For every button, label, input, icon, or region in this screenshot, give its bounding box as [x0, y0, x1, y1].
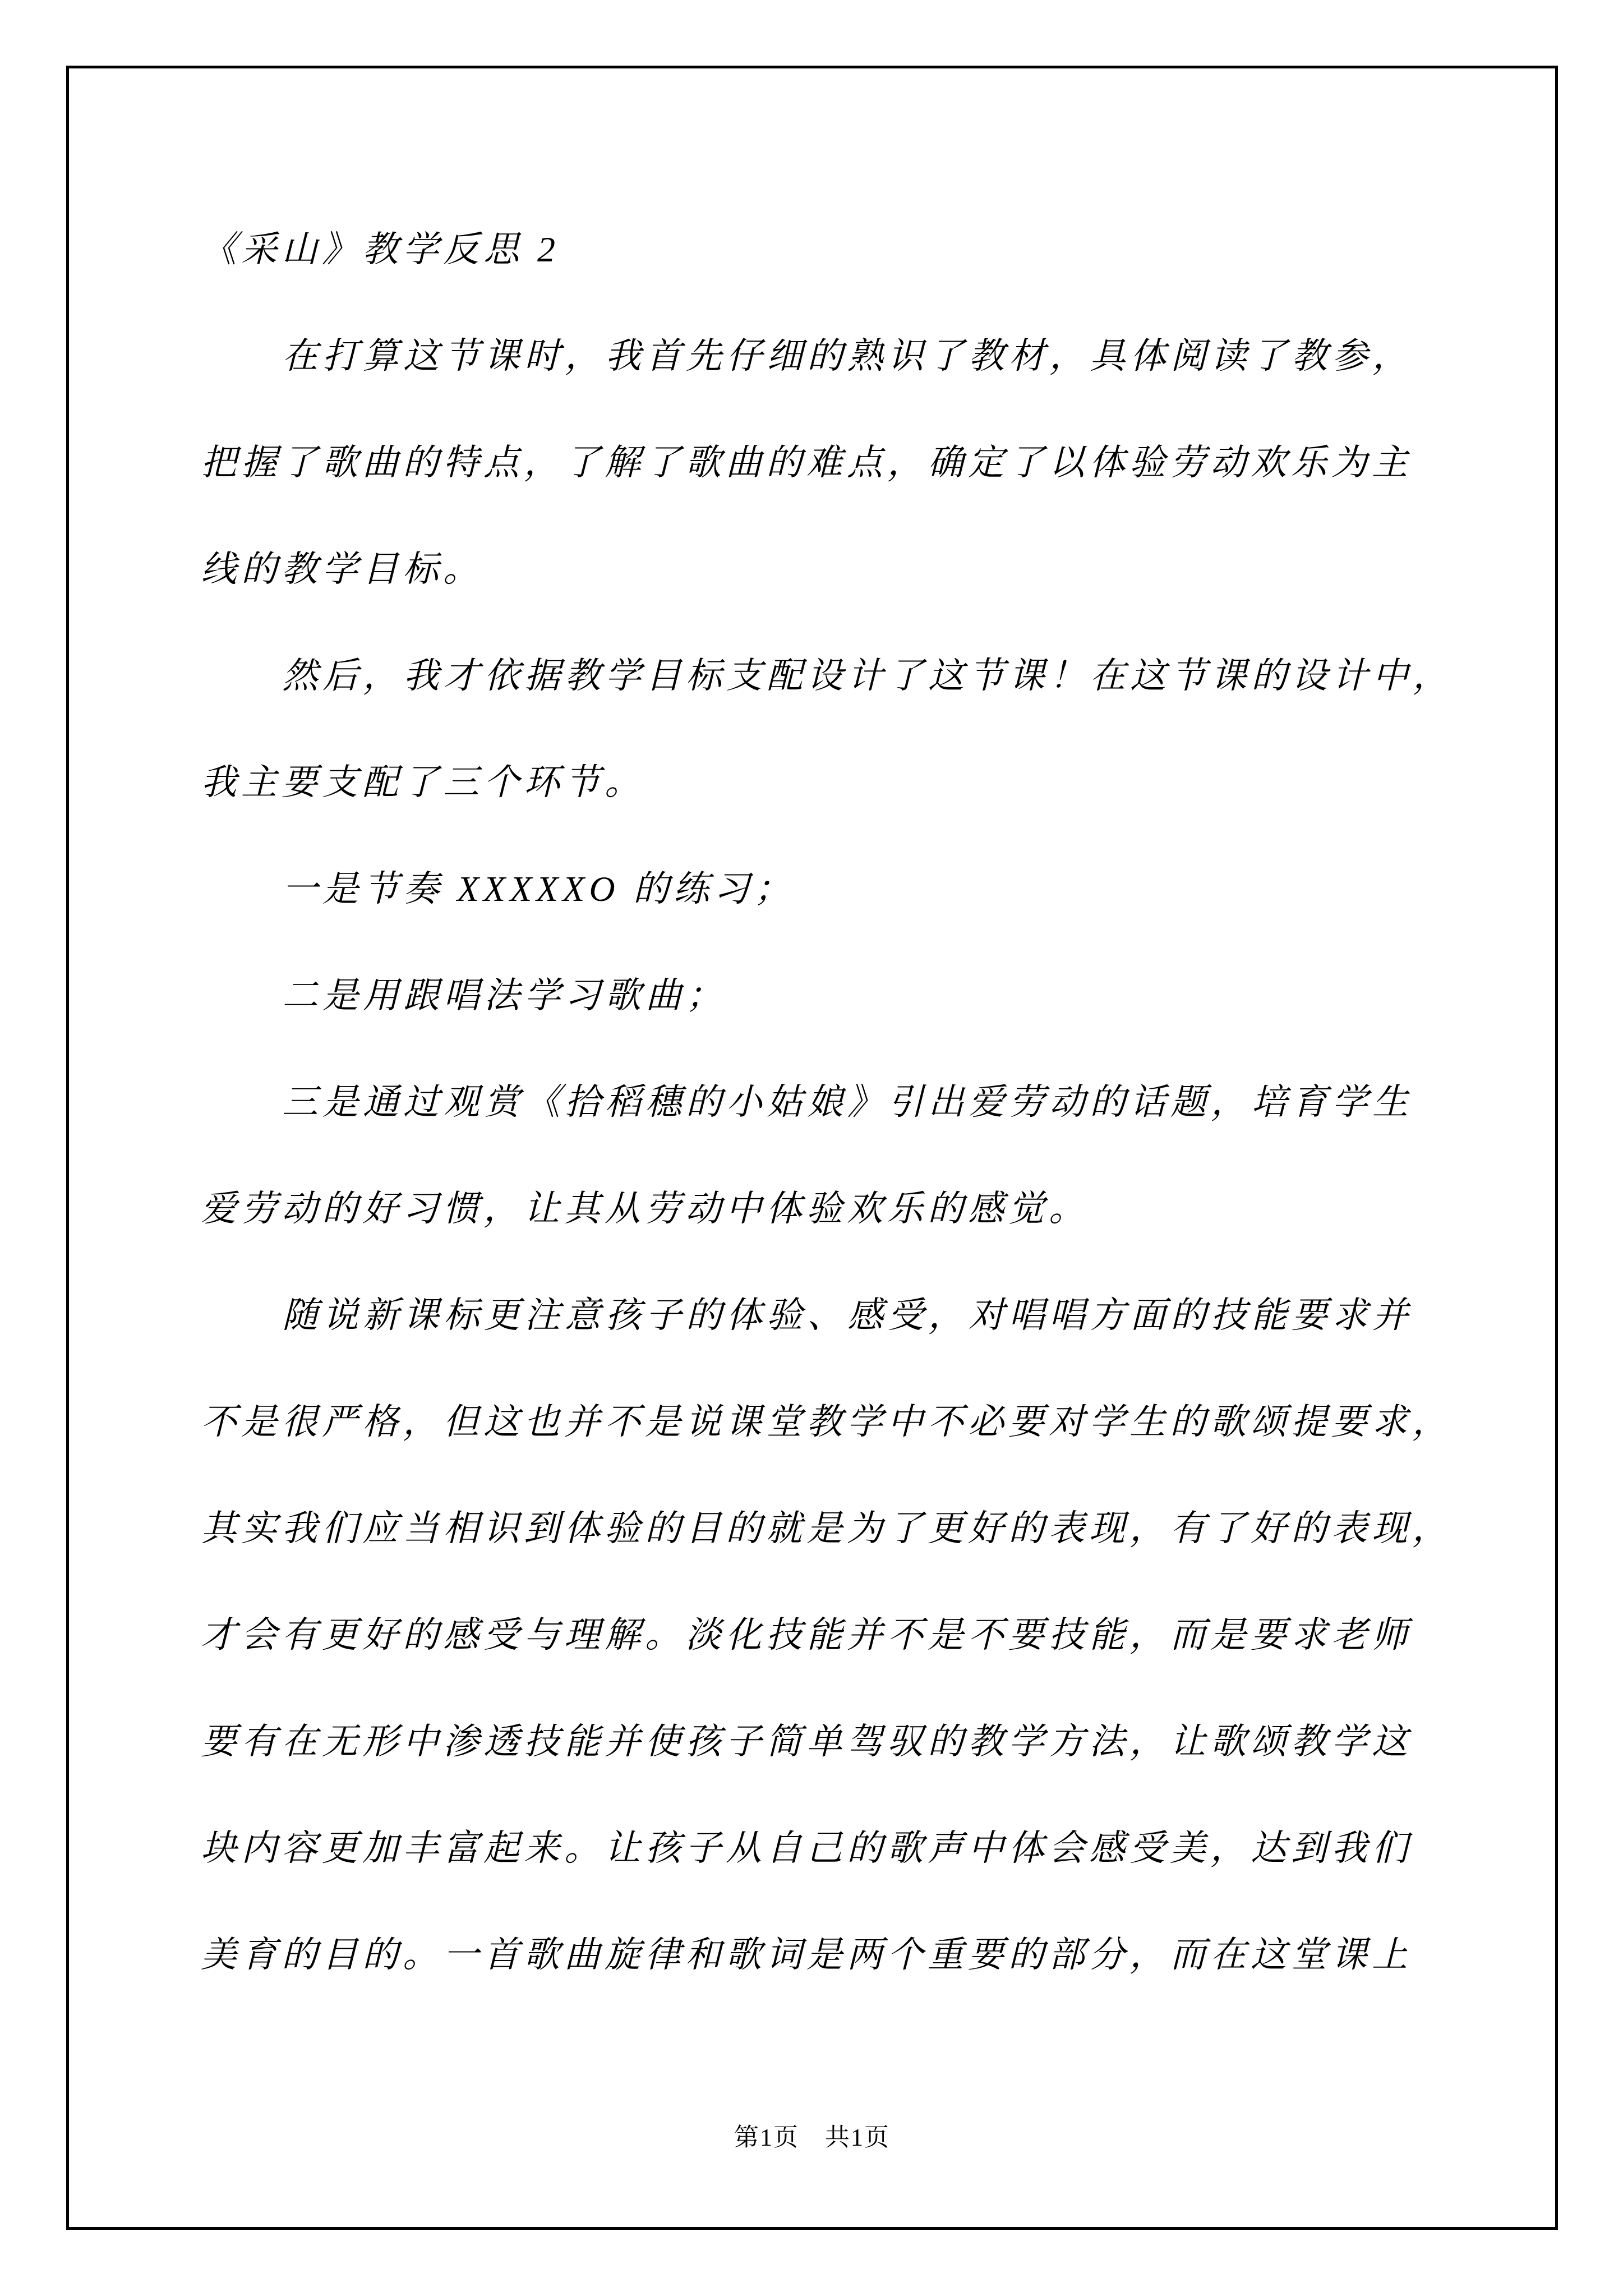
paragraph-line: 不是很严格，但这也并不是说课堂教学中不必要对学生的歌颂提要求， [201, 1369, 1507, 1475]
paragraph-line: 爱劳动的好习惯，让其从劳动中体验欢乐的感觉。 [201, 1156, 1507, 1262]
paragraph: 随说新课标更注意孩子的体验、感受，对唱唱方面的技能要求并不是很严格，但这也并不是… [201, 1262, 1507, 2008]
paragraph-line: 美育的目的。一首歌曲旋律和歌词是两个重要的部分，而在这堂课上 [201, 1902, 1507, 2008]
paragraph-line: 随说新课标更注意孩子的体验、感受，对唱唱方面的技能要求并 [201, 1262, 1507, 1369]
paragraph-line: 要有在无形中渗透技能并使孩子简单驾驭的教学方法，让歌颂教学这 [201, 1688, 1507, 1795]
paragraph-line: 三是通过观赏《拾稻穗的小姑娘》引出爱劳动的话题，培育学生 [201, 1049, 1507, 1156]
paragraph: 一是节奏 XXXXXO 的练习； [201, 836, 1507, 942]
page-number-footer: 第1页 共1页 [69, 2123, 1555, 2152]
paragraph: 三是通过观赏《拾稻穗的小姑娘》引出爱劳动的话题，培育学生爱劳动的好习惯，让其从劳… [201, 1049, 1507, 1262]
paragraph-line: 我主要支配了三个环节。 [201, 729, 1507, 836]
paragraph: 在打算这节课时，我首先仔细的熟识了教材，具体阅读了教参，把握了歌曲的特点，了解了… [201, 303, 1507, 623]
paragraph-line: 才会有更好的感受与理解。淡化技能并不是不要技能，而是要求老师 [201, 1582, 1507, 1688]
document-title: 《采山》教学反思 2 [201, 196, 1507, 303]
paragraphs-container: 在打算这节课时，我首先仔细的熟识了教材，具体阅读了教参，把握了歌曲的特点，了解了… [201, 303, 1507, 2008]
paragraph-line: 块内容更加丰富起来。让孩子从自己的歌声中体会感受美，达到我们 [201, 1795, 1507, 1902]
paragraph-line: 一是节奏 XXXXXO 的练习； [201, 836, 1507, 942]
page-border-frame: 《采山》教学反思 2 在打算这节课时，我首先仔细的熟识了教材，具体阅读了教参，把… [66, 66, 1558, 2230]
paragraph: 二是用跟唱法学习歌曲； [201, 942, 1507, 1049]
paragraph-line: 在打算这节课时，我首先仔细的熟识了教材，具体阅读了教参， [201, 303, 1507, 409]
paragraph-line: 二是用跟唱法学习歌曲； [201, 942, 1507, 1049]
paragraph-line: 然后，我才依据教学目标支配设计了这节课！在这节课的设计中， [201, 623, 1507, 729]
paragraph-line: 把握了歌曲的特点，了解了歌曲的难点，确定了以体验劳动欢乐为主 [201, 409, 1507, 516]
document-content: 《采山》教学反思 2 在打算这节课时，我首先仔细的熟识了教材，具体阅读了教参，把… [201, 196, 1507, 2008]
paragraph: 然后，我才依据教学目标支配设计了这节课！在这节课的设计中，我主要支配了三个环节。 [201, 623, 1507, 836]
paragraph-line: 线的教学目标。 [201, 516, 1507, 623]
paragraph-line: 其实我们应当相识到体验的目的就是为了更好的表现，有了好的表现， [201, 1475, 1507, 1582]
